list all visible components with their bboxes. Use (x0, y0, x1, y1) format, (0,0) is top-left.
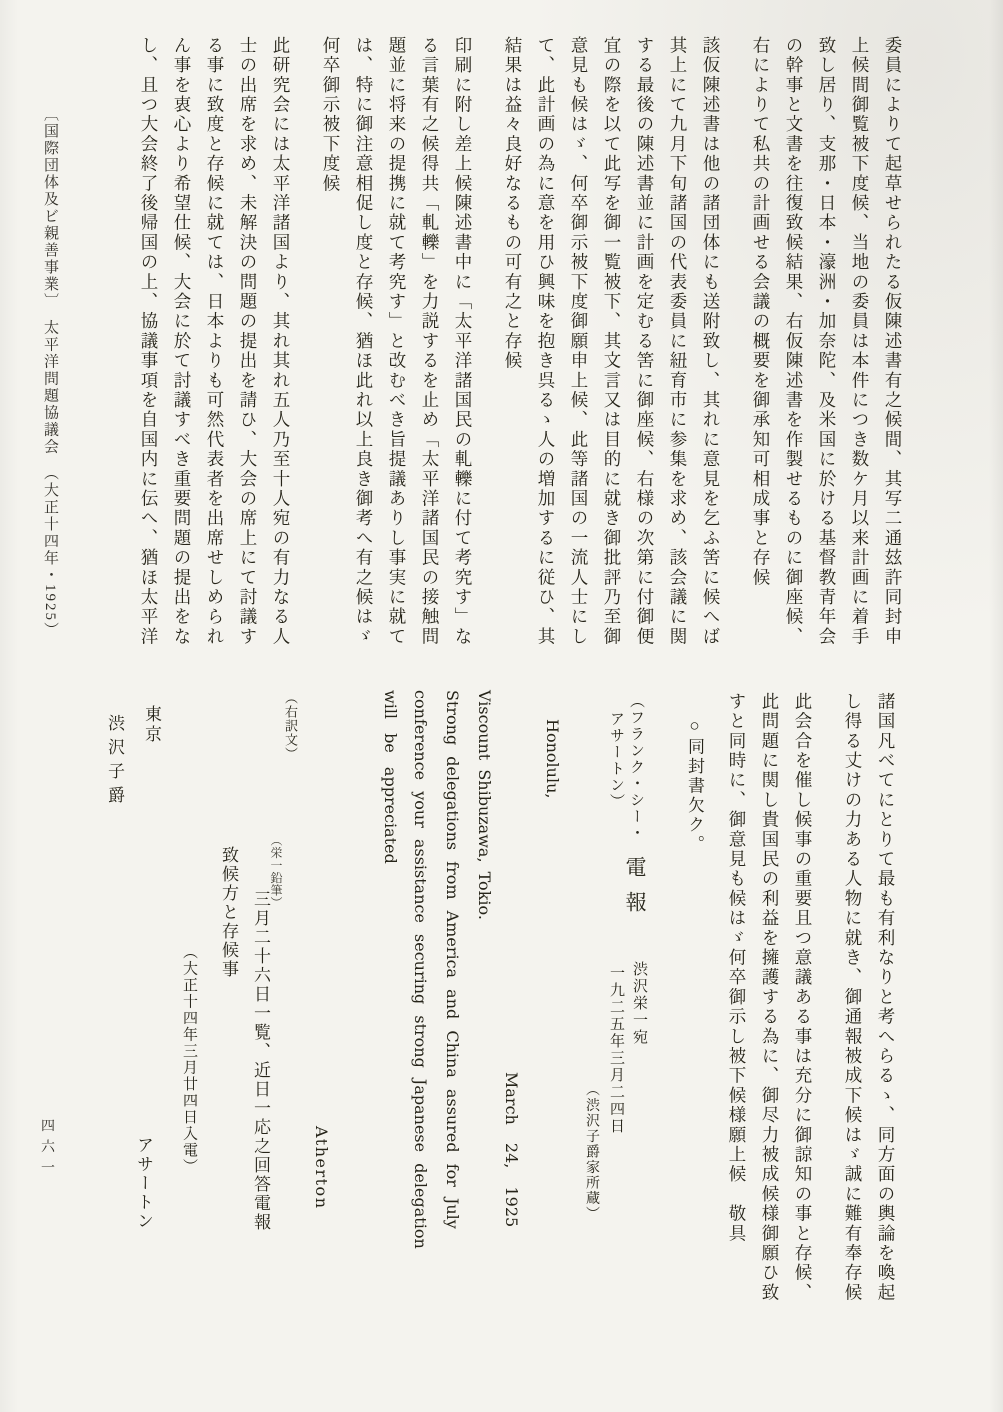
enclosure-missing-note: ○同封書欠ク。 (682, 716, 707, 855)
letter-paragraph: 印刷に附し差上候陳述書中に「太平洋諸国民の軋轢に付て考究す」なる言葉有之候得共「… (314, 36, 479, 658)
telegram-body-line: Strong delegations from America and Chin… (443, 690, 462, 1229)
page-number: 四六一 (36, 1118, 56, 1181)
translation-note: （右訳文） (281, 691, 300, 761)
side-header-label: 〔国際団体及ビ親善事業〕 (42, 106, 58, 303)
telegram-place-en: Honolulu, (543, 719, 562, 798)
telegram-recipient-place: 東京 (139, 705, 164, 745)
telegram-sender-name-line1: （フランク・シー・ (626, 693, 647, 842)
letter-paragraph: 此会合を催し候事の重要且つ意議ある事は充分に御諒知の事と存候、此問題に関し貴国民… (720, 692, 819, 1306)
telegram-addressee-jp: 渋沢栄一宛 (629, 961, 650, 1046)
letter-paragraph: 諸国凡べてにとりて最も有利なりと考へらるゝ、同方面の輿論を喚起し得る丈けの力ある… (836, 692, 902, 1306)
letter-body: 委員によりて起草せられたる仮陳述書有之候間、其写二通玆許同封申上候間御覧被下度候… (132, 36, 909, 658)
telegram-received-note: （大正十四年三月廿四日入電） (179, 944, 200, 1175)
telegram-body-line: Viscount Shibuzawa, Tokio. (475, 690, 494, 920)
side-header-year: （大正十四年・1925） (42, 473, 58, 640)
pencil-annotation-text: 三月二十六日一覧、近日一応之回答電報 (248, 890, 273, 1232)
telegram-sender-jp: アサートン (131, 1136, 156, 1231)
telegram-sender-name-line2: アサートン） (606, 711, 627, 810)
letter-paragraph: 此研究会には太平洋諸国より、其れ其れ五人乃至十人宛の有力なる人士の出席を求め、未… (132, 36, 297, 658)
telegram-body-line: conference your assistance securing stro… (411, 690, 430, 1249)
telegram-date-en: March 24, 1925 (502, 1072, 521, 1227)
telegram-type-label: 電報 (620, 856, 650, 926)
telegram-provenance-note: （渋沢子爵家所蔵） (581, 1082, 601, 1222)
letter-continuation: 諸国凡べてにとりて最も有利なりと考へらるゝ、同方面の輿論を喚起し得る丈けの力ある… (720, 692, 902, 1306)
telegram-recipient-name: 渋沢子爵 (102, 714, 127, 810)
letter-paragraph: 該仮陳述書は他の諸団体にも送附致し、其れに意見を乞ふ筈に候へば其上にて九月下旬諸… (496, 36, 727, 658)
telegram-body-line: will be appreciated (381, 690, 400, 864)
telegram-date-jp: 一九二五年三月二四日 (606, 965, 627, 1135)
scanned-document-page: 委員によりて起草せられたる仮陳述書有之候間、其写二通玆許同封申上候間御覧被下度候… (0, 0, 1003, 1412)
telegram-signature-en: Atherton (312, 1126, 331, 1210)
pencil-annotation-text: 致候方と存候事 (216, 846, 241, 979)
side-header-title: 太平洋問題協議会 (42, 320, 58, 456)
running-side-header: 〔国際団体及ビ親善事業〕 太平洋問題協議会 （大正十四年・1925） (40, 106, 60, 666)
letter-paragraph: 委員によりて起草せられたる仮陳述書有之候間、其写二通玆許同封申上候間御覧被下度候… (744, 36, 909, 658)
